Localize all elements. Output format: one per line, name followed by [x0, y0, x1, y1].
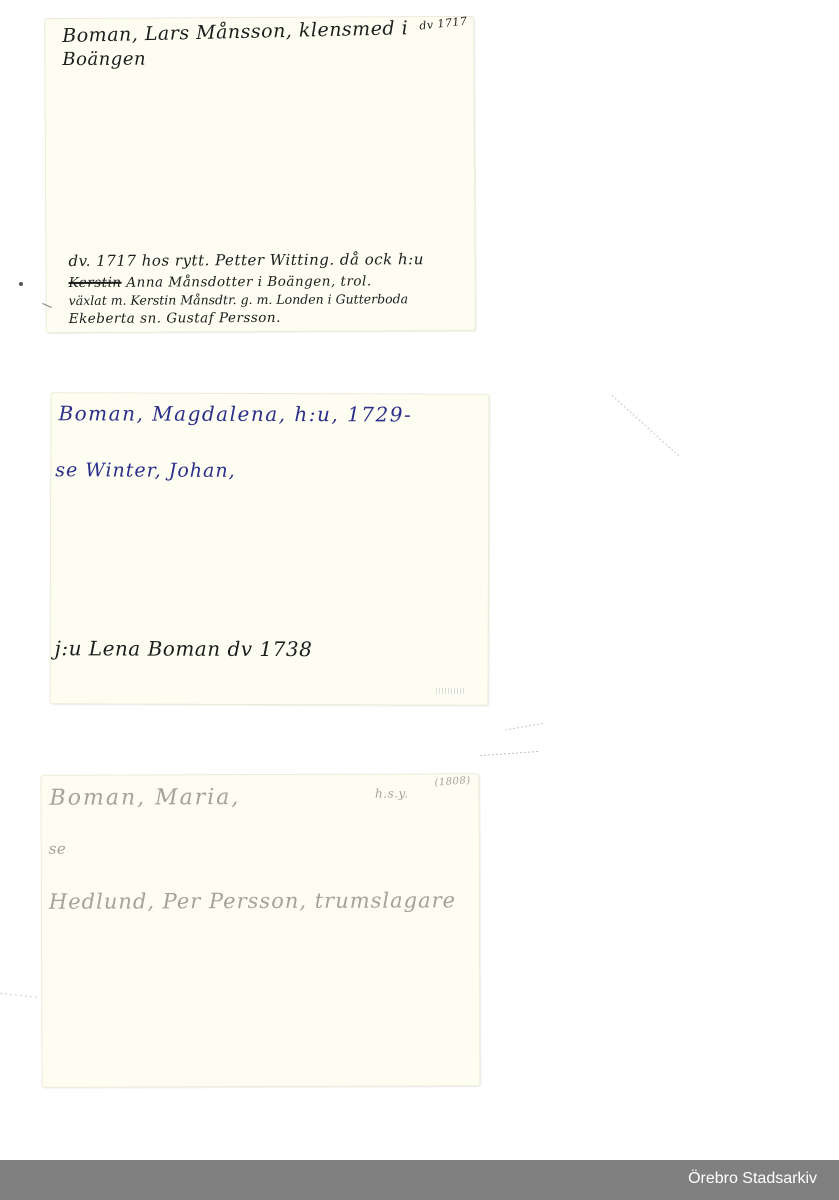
- scan-artifact-line: [0, 993, 40, 998]
- card-note-line: dv. 1717 hos rytt. Petter Witting. då oc…: [68, 250, 424, 270]
- scan-artifact-line: [505, 723, 545, 731]
- card-heading: Boman, Maria,: [49, 785, 240, 811]
- card-ref-code: h.s.y.: [375, 786, 409, 800]
- card-note-line: växlat m. Kerstin Månsdtr. g. m. Londen …: [69, 291, 408, 308]
- scan-artifact-line: [480, 751, 540, 756]
- card-note-text: Anna Månsdotter i Boängen, trol.: [122, 273, 372, 290]
- card-see-target: Hedlund, Per Persson, trumslagare: [49, 888, 456, 913]
- card-see-reference: se Winter, Johan,: [55, 459, 235, 482]
- card-year: (1808): [434, 775, 471, 789]
- card-note-line: Ekeberta sn. Gustaf Persson.: [69, 310, 281, 327]
- scan-speck: [19, 282, 23, 286]
- index-card-maria-boman: Boman, Maria, h.s.y. (1808) se Hedlund, …: [40, 773, 480, 1088]
- card-heading-continuation: Boängen: [62, 49, 146, 70]
- card-see-label: se: [49, 840, 67, 858]
- index-card-magdalena-boman: Boman, Magdalena, h:u, 1729- se Winter, …: [49, 392, 489, 706]
- index-card-lars-mansson-boman: Boman, Lars Månsson, klensmed i Boängen …: [44, 16, 476, 333]
- archive-footer-bar: Örebro Stadsarkiv: [0, 1160, 839, 1200]
- card-heading: Boman, Lars Månsson, klensmed i: [62, 17, 408, 47]
- card-heading: Boman, Magdalena, h:u, 1729-: [58, 401, 412, 426]
- archive-name: Örebro Stadsarkiv: [688, 1170, 817, 1188]
- scan-artifact-line: [612, 395, 680, 456]
- card-note-line: j:u Lena Boman dv 1738: [55, 636, 313, 661]
- scan-artifact-smudge: [436, 688, 466, 694]
- card-date-note: dv 1717: [418, 14, 467, 32]
- struck-text: Kerstin: [69, 275, 122, 291]
- card-note-line: Kerstin Anna Månsdotter i Boängen, trol.: [69, 273, 372, 291]
